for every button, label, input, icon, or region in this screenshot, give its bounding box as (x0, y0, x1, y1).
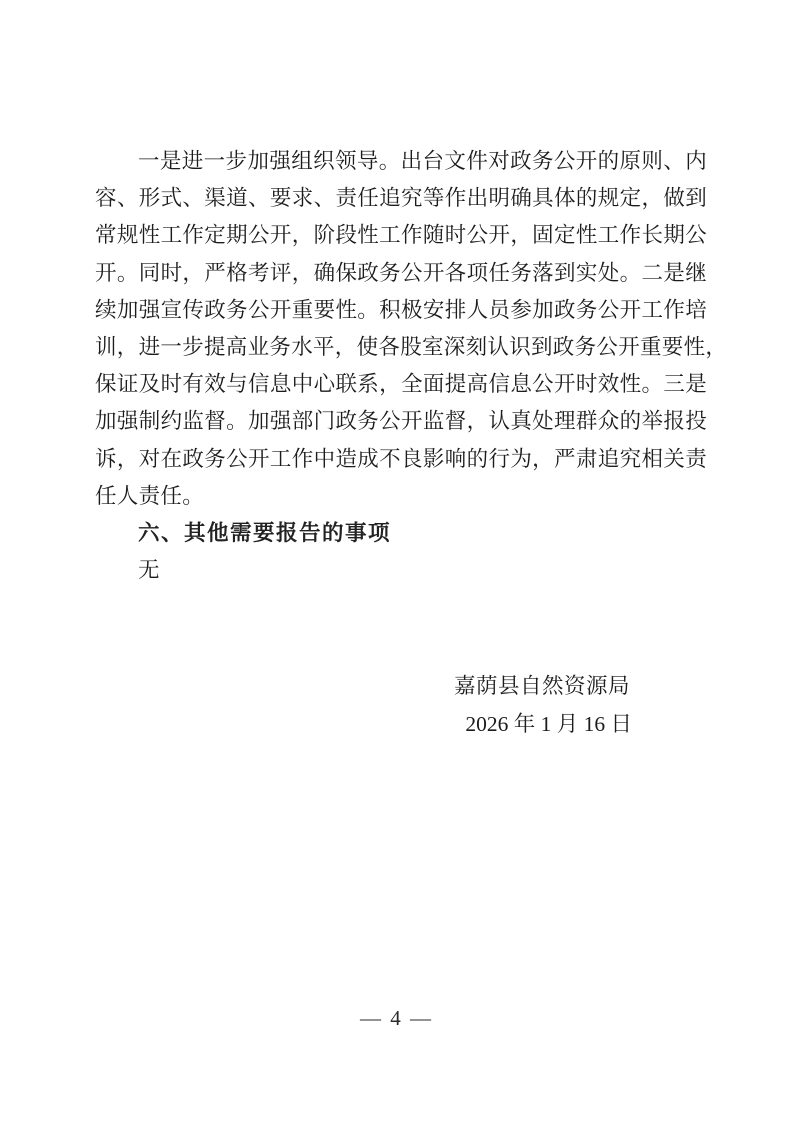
body-line: 续加强宣传政务公开重要性。积极安排人员参加政务公开工作培 (95, 292, 707, 329)
body-line: 训，进一步提高业务水平，使各股室深刻认识到政务公开重要性， (95, 329, 707, 366)
body-line: 诉，对在政务公开工作中造成不良影响的行为，严肃追究相关责 (95, 441, 707, 478)
body-line: 常规性工作定期公开，阶段性工作随时公开，固定性工作长期公 (95, 217, 707, 254)
body-paragraph: 一是进一步加强组织领导。出台文件对政务公开的原则、内 容、形式、渠道、要求、责任… (95, 143, 707, 515)
document-page: 一是进一步加强组织领导。出台文件对政务公开的原则、内 容、形式、渠道、要求、责任… (0, 0, 793, 1122)
document-content: 一是进一步加强组织领导。出台文件对政务公开的原则、内 容、形式、渠道、要求、责任… (95, 143, 707, 743)
body-line: 容、形式、渠道、要求、责任追究等作出明确具体的规定，做到 (95, 180, 707, 217)
body-line: 任人责任。 (95, 478, 707, 515)
body-line: 加强制约监督。加强部门政务公开监督，认真处理群众的举报投 (95, 403, 707, 440)
signature-block: 嘉荫县自然资源局 2026 年 1 月 16 日 (95, 668, 707, 742)
body-line: 一是进一步加强组织领导。出台文件对政务公开的原则、内 (95, 143, 707, 180)
signature-date: 2026 年 1 月 16 日 (95, 706, 707, 743)
body-line: 保证及时有效与信息中心联系，全面提高信息公开时效性。三是 (95, 366, 707, 403)
page-number: — 4 — (0, 1006, 793, 1030)
section-content: 无 (95, 552, 707, 589)
section-heading: 六、其他需要报告的事项 (95, 515, 707, 552)
signature-organization: 嘉荫县自然资源局 (95, 668, 707, 705)
body-line: 开。同时，严格考评，确保政务公开各项任务落到实处。二是继 (95, 255, 707, 292)
